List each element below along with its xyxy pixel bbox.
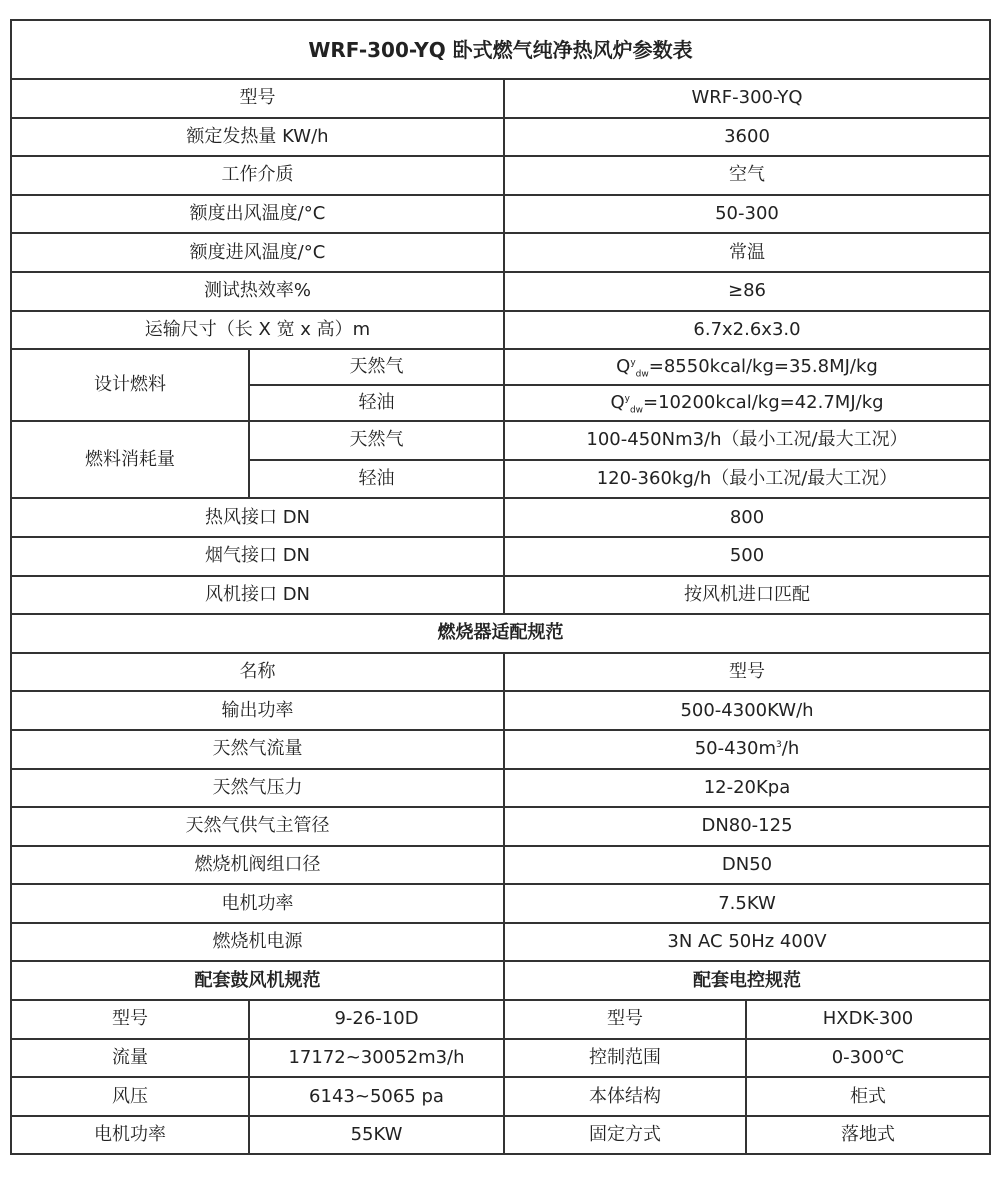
- connection-label: 风机接口 DN: [11, 576, 504, 615]
- fuel-heat-value: Qydw=8550kcal/kg=35.8MJ/kg: [504, 349, 990, 385]
- spec-label: 工作介质: [11, 156, 504, 195]
- title-row: WRF-300-YQ 卧式燃气纯净热风炉参数表: [11, 20, 990, 79]
- blower-value: 9-26-10D: [249, 1000, 504, 1039]
- fuel-type: 天然气: [249, 349, 504, 385]
- flow-value: 50-430m: [695, 738, 776, 759]
- spec-label: 额度进风温度/°C: [11, 233, 504, 272]
- spec-value: 6.7x2.6x3.0: [504, 311, 990, 350]
- blower-value: 55KW: [249, 1116, 504, 1155]
- table-row: 流量17172~30052m3/h 控制范围0-300℃: [11, 1039, 990, 1078]
- blower-label: 风压: [11, 1077, 249, 1116]
- table-row: 型号9-26-10D 型号HXDK-300: [11, 1000, 990, 1039]
- blower-section-title: 配套鼓风机规范: [11, 961, 504, 1000]
- burner-value: 500-4300KW/h: [504, 691, 990, 730]
- blower-label: 电机功率: [11, 1116, 249, 1155]
- design-fuel-row: 设计燃料 天然气 Qydw=8550kcal/kg=35.8MJ/kg: [11, 349, 990, 385]
- connection-label: 热风接口 DN: [11, 498, 504, 537]
- burner-label: 电机功率: [11, 884, 504, 923]
- table-row: 风机接口 DN按风机进口匹配: [11, 576, 990, 615]
- burner-value: DN50: [504, 846, 990, 885]
- heat-value-text: =8550kcal/kg=35.8MJ/kg: [649, 356, 878, 377]
- control-label: 型号: [504, 1000, 746, 1039]
- fuel-consumption-label: 燃料消耗量: [11, 421, 249, 498]
- spec-label: 测试热效率%: [11, 272, 504, 311]
- table-row: 型号WRF-300-YQ: [11, 79, 990, 118]
- spec-value: ≥86: [504, 272, 990, 311]
- burner-label: 输出功率: [11, 691, 504, 730]
- connection-label: 烟气接口 DN: [11, 537, 504, 576]
- fuel-type: 轻油: [249, 385, 504, 421]
- burner-label: 天然气流量: [11, 730, 504, 769]
- control-label: 本体结构: [504, 1077, 746, 1116]
- spec-value: 空气: [504, 156, 990, 195]
- table-row: 热风接口 DN800: [11, 498, 990, 537]
- control-value: HXDK-300: [746, 1000, 990, 1039]
- q-sup: y: [625, 394, 630, 404]
- q-symbol: Q: [610, 392, 624, 413]
- consumption-value: 100-450Nm3/h（最小工况/最大工况）: [504, 421, 990, 460]
- fuel-type: 轻油: [249, 460, 504, 499]
- spec-value: 3600: [504, 118, 990, 157]
- table-row: 输出功率500-4300KW/h: [11, 691, 990, 730]
- table-row: 天然气压力12-20Kpa: [11, 769, 990, 808]
- table-row: 燃烧机电源3N AC 50Hz 400V: [11, 923, 990, 962]
- q-sup: y: [630, 358, 635, 368]
- burner-value: 3N AC 50Hz 400V: [504, 923, 990, 962]
- blower-label: 流量: [11, 1039, 249, 1078]
- table-row: 天然气供气主管径DN80-125: [11, 807, 990, 846]
- control-value: 0-300℃: [746, 1039, 990, 1078]
- spec-value: 常温: [504, 233, 990, 272]
- table-row: 测试热效率%≥86: [11, 272, 990, 311]
- connection-value: 800: [504, 498, 990, 537]
- burner-label: 燃烧机电源: [11, 923, 504, 962]
- blower-label: 型号: [11, 1000, 249, 1039]
- table-row: 烟气接口 DN500: [11, 537, 990, 576]
- control-value: 柜式: [746, 1077, 990, 1116]
- spec-label: 型号: [11, 79, 504, 118]
- burner-value: 12-20Kpa: [504, 769, 990, 808]
- spec-table: WRF-300-YQ 卧式燃气纯净热风炉参数表 型号WRF-300-YQ 额定发…: [10, 19, 991, 1155]
- spec-label: 运输尺寸（长 X 宽 x 高）m: [11, 311, 504, 350]
- spec-value: 50-300: [504, 195, 990, 234]
- burner-label: 燃烧机阀组口径: [11, 846, 504, 885]
- control-label: 控制范围: [504, 1039, 746, 1078]
- fuel-consumption-row: 燃料消耗量 天然气 100-450Nm3/h（最小工况/最大工况）: [11, 421, 990, 460]
- consumption-value: 120-360kg/h（最小工况/最大工况）: [504, 460, 990, 499]
- heat-value-text: =10200kcal/kg=42.7MJ/kg: [643, 392, 884, 413]
- q-sub: dw: [630, 406, 643, 416]
- burner-value: 50-430m3/h: [504, 730, 990, 769]
- table-row: 运输尺寸（长 X 宽 x 高）m6.7x2.6x3.0: [11, 311, 990, 350]
- burner-header-model: 型号: [504, 653, 990, 692]
- table-row: 天然气流量50-430m3/h: [11, 730, 990, 769]
- burner-label: 天然气压力: [11, 769, 504, 808]
- blower-control-section-row: 配套鼓风机规范 配套电控规范: [11, 961, 990, 1000]
- fuel-heat-value: Qydw=10200kcal/kg=42.7MJ/kg: [504, 385, 990, 421]
- q-symbol: Q: [616, 356, 630, 377]
- q-sub: dw: [636, 370, 649, 380]
- connection-value: 500: [504, 537, 990, 576]
- control-value: 落地式: [746, 1116, 990, 1155]
- table-row: 电机功率55KW 固定方式落地式: [11, 1116, 990, 1155]
- control-label: 固定方式: [504, 1116, 746, 1155]
- table-row: 燃烧机阀组口径DN50: [11, 846, 990, 885]
- blower-value: 17172~30052m3/h: [249, 1039, 504, 1078]
- burner-section-row: 燃烧器适配规范: [11, 614, 990, 653]
- burner-value: 7.5KW: [504, 884, 990, 923]
- burner-header-row: 名称 型号: [11, 653, 990, 692]
- table-row: 额定发热量 KW/h3600: [11, 118, 990, 157]
- table-row: 额度进风温度/°C常温: [11, 233, 990, 272]
- table-title: WRF-300-YQ 卧式燃气纯净热风炉参数表: [11, 20, 990, 79]
- spec-value: WRF-300-YQ: [504, 79, 990, 118]
- blower-value: 6143~5065 pa: [249, 1077, 504, 1116]
- flow-unit: /h: [782, 738, 799, 759]
- table-row: 额度出风温度/°C50-300: [11, 195, 990, 234]
- spec-label: 额度出风温度/°C: [11, 195, 504, 234]
- control-section-title: 配套电控规范: [504, 961, 990, 1000]
- burner-label: 天然气供气主管径: [11, 807, 504, 846]
- table-row: 风压6143~5065 pa 本体结构柜式: [11, 1077, 990, 1116]
- burner-section-title: 燃烧器适配规范: [11, 614, 990, 653]
- burner-value: DN80-125: [504, 807, 990, 846]
- fuel-type: 天然气: [249, 421, 504, 460]
- design-fuel-label: 设计燃料: [11, 349, 249, 421]
- table-row: 电机功率7.5KW: [11, 884, 990, 923]
- connection-value: 按风机进口匹配: [504, 576, 990, 615]
- burner-header-name: 名称: [11, 653, 504, 692]
- spec-label: 额定发热量 KW/h: [11, 118, 504, 157]
- table-row: 工作介质空气: [11, 156, 990, 195]
